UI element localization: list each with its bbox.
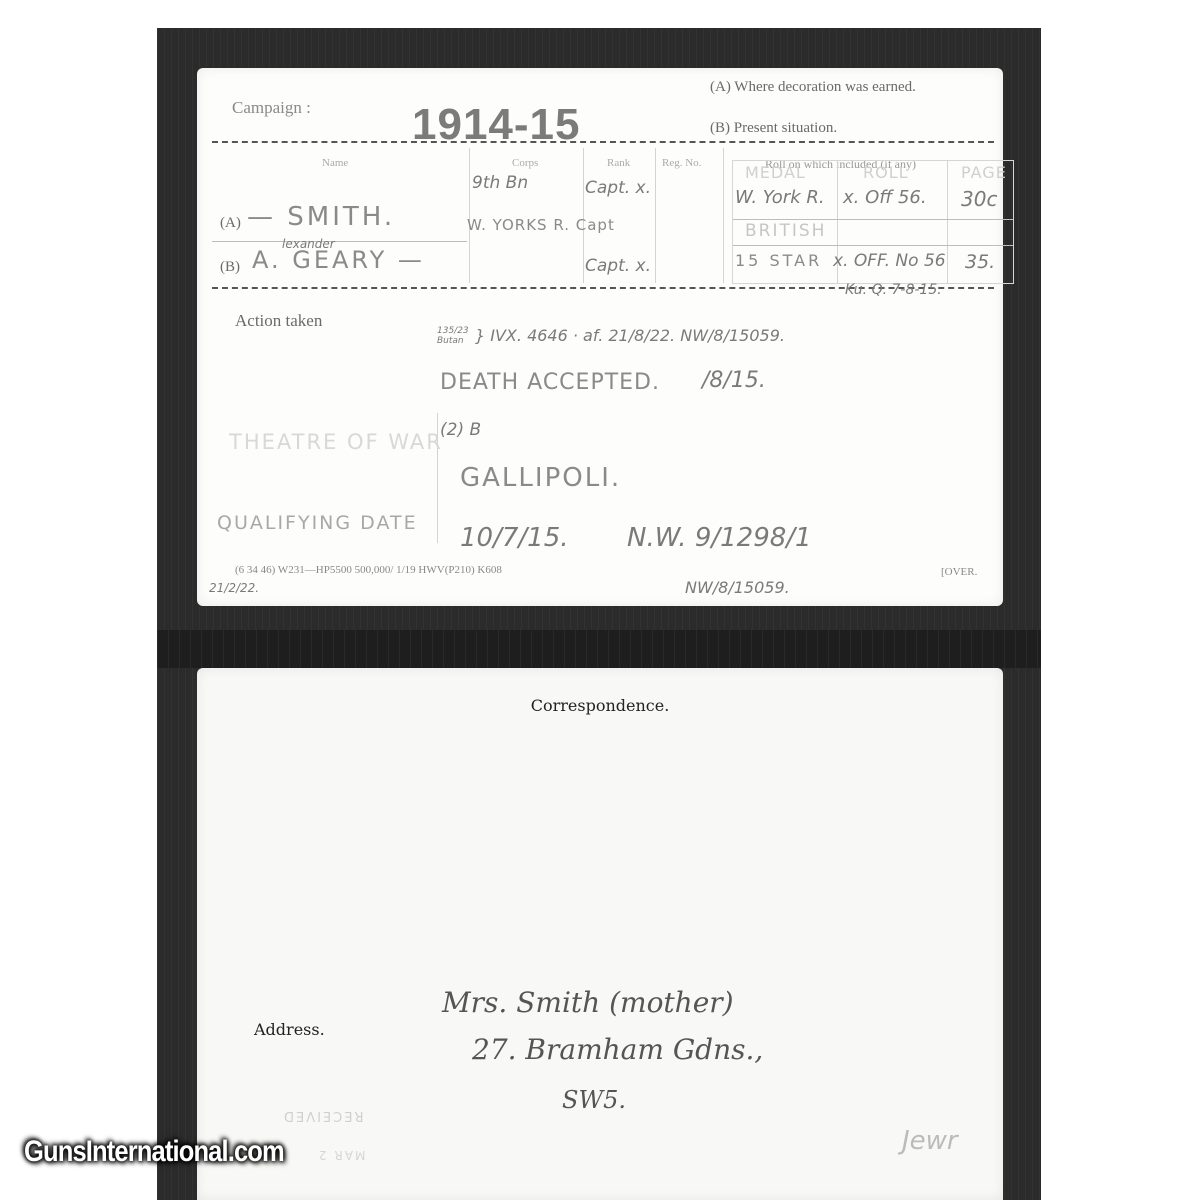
entry-a-corps: W. YORKS R. Capt [467, 216, 615, 234]
correspondence-heading: Correspondence. [197, 696, 1003, 715]
entry-b-rank: Capt. x. [585, 256, 651, 276]
theatre-code: (2) B [440, 420, 481, 440]
roll-row-line [733, 219, 1013, 220]
action-line-2: DEATH ACCEPTED. [440, 370, 660, 395]
roll-header-roll: ROLL [863, 163, 909, 182]
bottom-date-note: 21/2/22. [209, 581, 259, 595]
roll-divider [947, 161, 948, 283]
roll-row-line [733, 245, 1013, 246]
entry-b-name: A. GEARY — [252, 246, 425, 274]
action-line-1: } IVX. 4646 · af. 21/8/22. NW/8/15059. [475, 326, 785, 345]
over-label: [OVER. [941, 566, 977, 578]
qualifying-label: QUALIFYING DATE [217, 512, 418, 534]
action-bracket-note: 135/23 Butan [437, 326, 477, 346]
divider [655, 148, 656, 283]
print-code: (6 34 46) W231—HP5500 500,000/ 1/19 HWV(… [235, 564, 502, 576]
column-reg-no: Reg. No. [662, 157, 701, 169]
watermark-logo: GunsInternational.com [24, 1135, 284, 1169]
header-rule [212, 141, 994, 143]
medal-card-front: Campaign : 1914-15 (A) Where decoration … [197, 68, 1003, 606]
column-name: Name [322, 157, 348, 169]
legend-b: (B) Present situation. [710, 120, 837, 137]
roll-table: MEDAL ROLL PAGE W. York R. x. Off 56. 30… [732, 160, 1014, 284]
roll-roll-3: x. OFF. No 56 [833, 251, 946, 271]
roll-header-page: PAGE [961, 163, 1007, 182]
address-label: Address. [254, 1020, 325, 1039]
address-line-2: 27. Bramham Gdns., [472, 1033, 763, 1066]
received-stamp: RECEIVED [282, 1108, 364, 1123]
roll-header-medal: MEDAL [745, 163, 806, 182]
action-taken-label: Action taken [235, 311, 322, 331]
medal-card-back: Correspondence. Address. Mrs. Smith (mot… [197, 668, 1003, 1200]
entry-a-marker: (A) [220, 215, 241, 232]
row-separator [212, 241, 467, 242]
theatre-divider [437, 413, 438, 543]
reference-number: N.W. 9/1298/1 [627, 523, 812, 553]
column-rank: Rank [607, 157, 630, 169]
qualifying-date: 10/7/15. [460, 523, 569, 553]
column-corps: Corps [512, 157, 538, 169]
entry-b-marker: (B) [220, 259, 240, 276]
entry-a-rank: Capt. x. [585, 178, 651, 198]
roll-page-3: 35. [965, 251, 995, 273]
corner-note: Jewr [902, 1126, 958, 1156]
theatre-value: GALLIPOLI. [460, 463, 621, 493]
received-stamp-date: MAR 2 [317, 1148, 365, 1162]
entry-a-name: — SMITH. [247, 202, 395, 232]
bottom-reference: NW/8/15059. [685, 578, 790, 597]
divider [723, 148, 724, 283]
card-separator [157, 630, 1041, 668]
roll-note: Ku. Q. 7-8-15. [845, 282, 942, 298]
roll-medal-3: 15 STAR [735, 251, 822, 270]
entry-a-corps-battalion: 9th Bn [472, 173, 528, 193]
campaign-label: Campaign : [232, 98, 311, 118]
roll-page-1: 30c [961, 187, 997, 211]
theatre-label: THEATRE OF WAR [229, 430, 443, 454]
address-line-3: SW5. [562, 1086, 626, 1114]
legend-a: (A) Where decoration was earned. [710, 79, 916, 96]
roll-roll-1: x. Off 56. [843, 187, 927, 208]
action-line-2-date: /8/15. [702, 368, 766, 393]
roll-medal-1: W. York R. [735, 187, 825, 208]
address-line-1: Mrs. Smith (mother) [442, 986, 734, 1019]
roll-medal-2: BRITISH [745, 221, 826, 241]
